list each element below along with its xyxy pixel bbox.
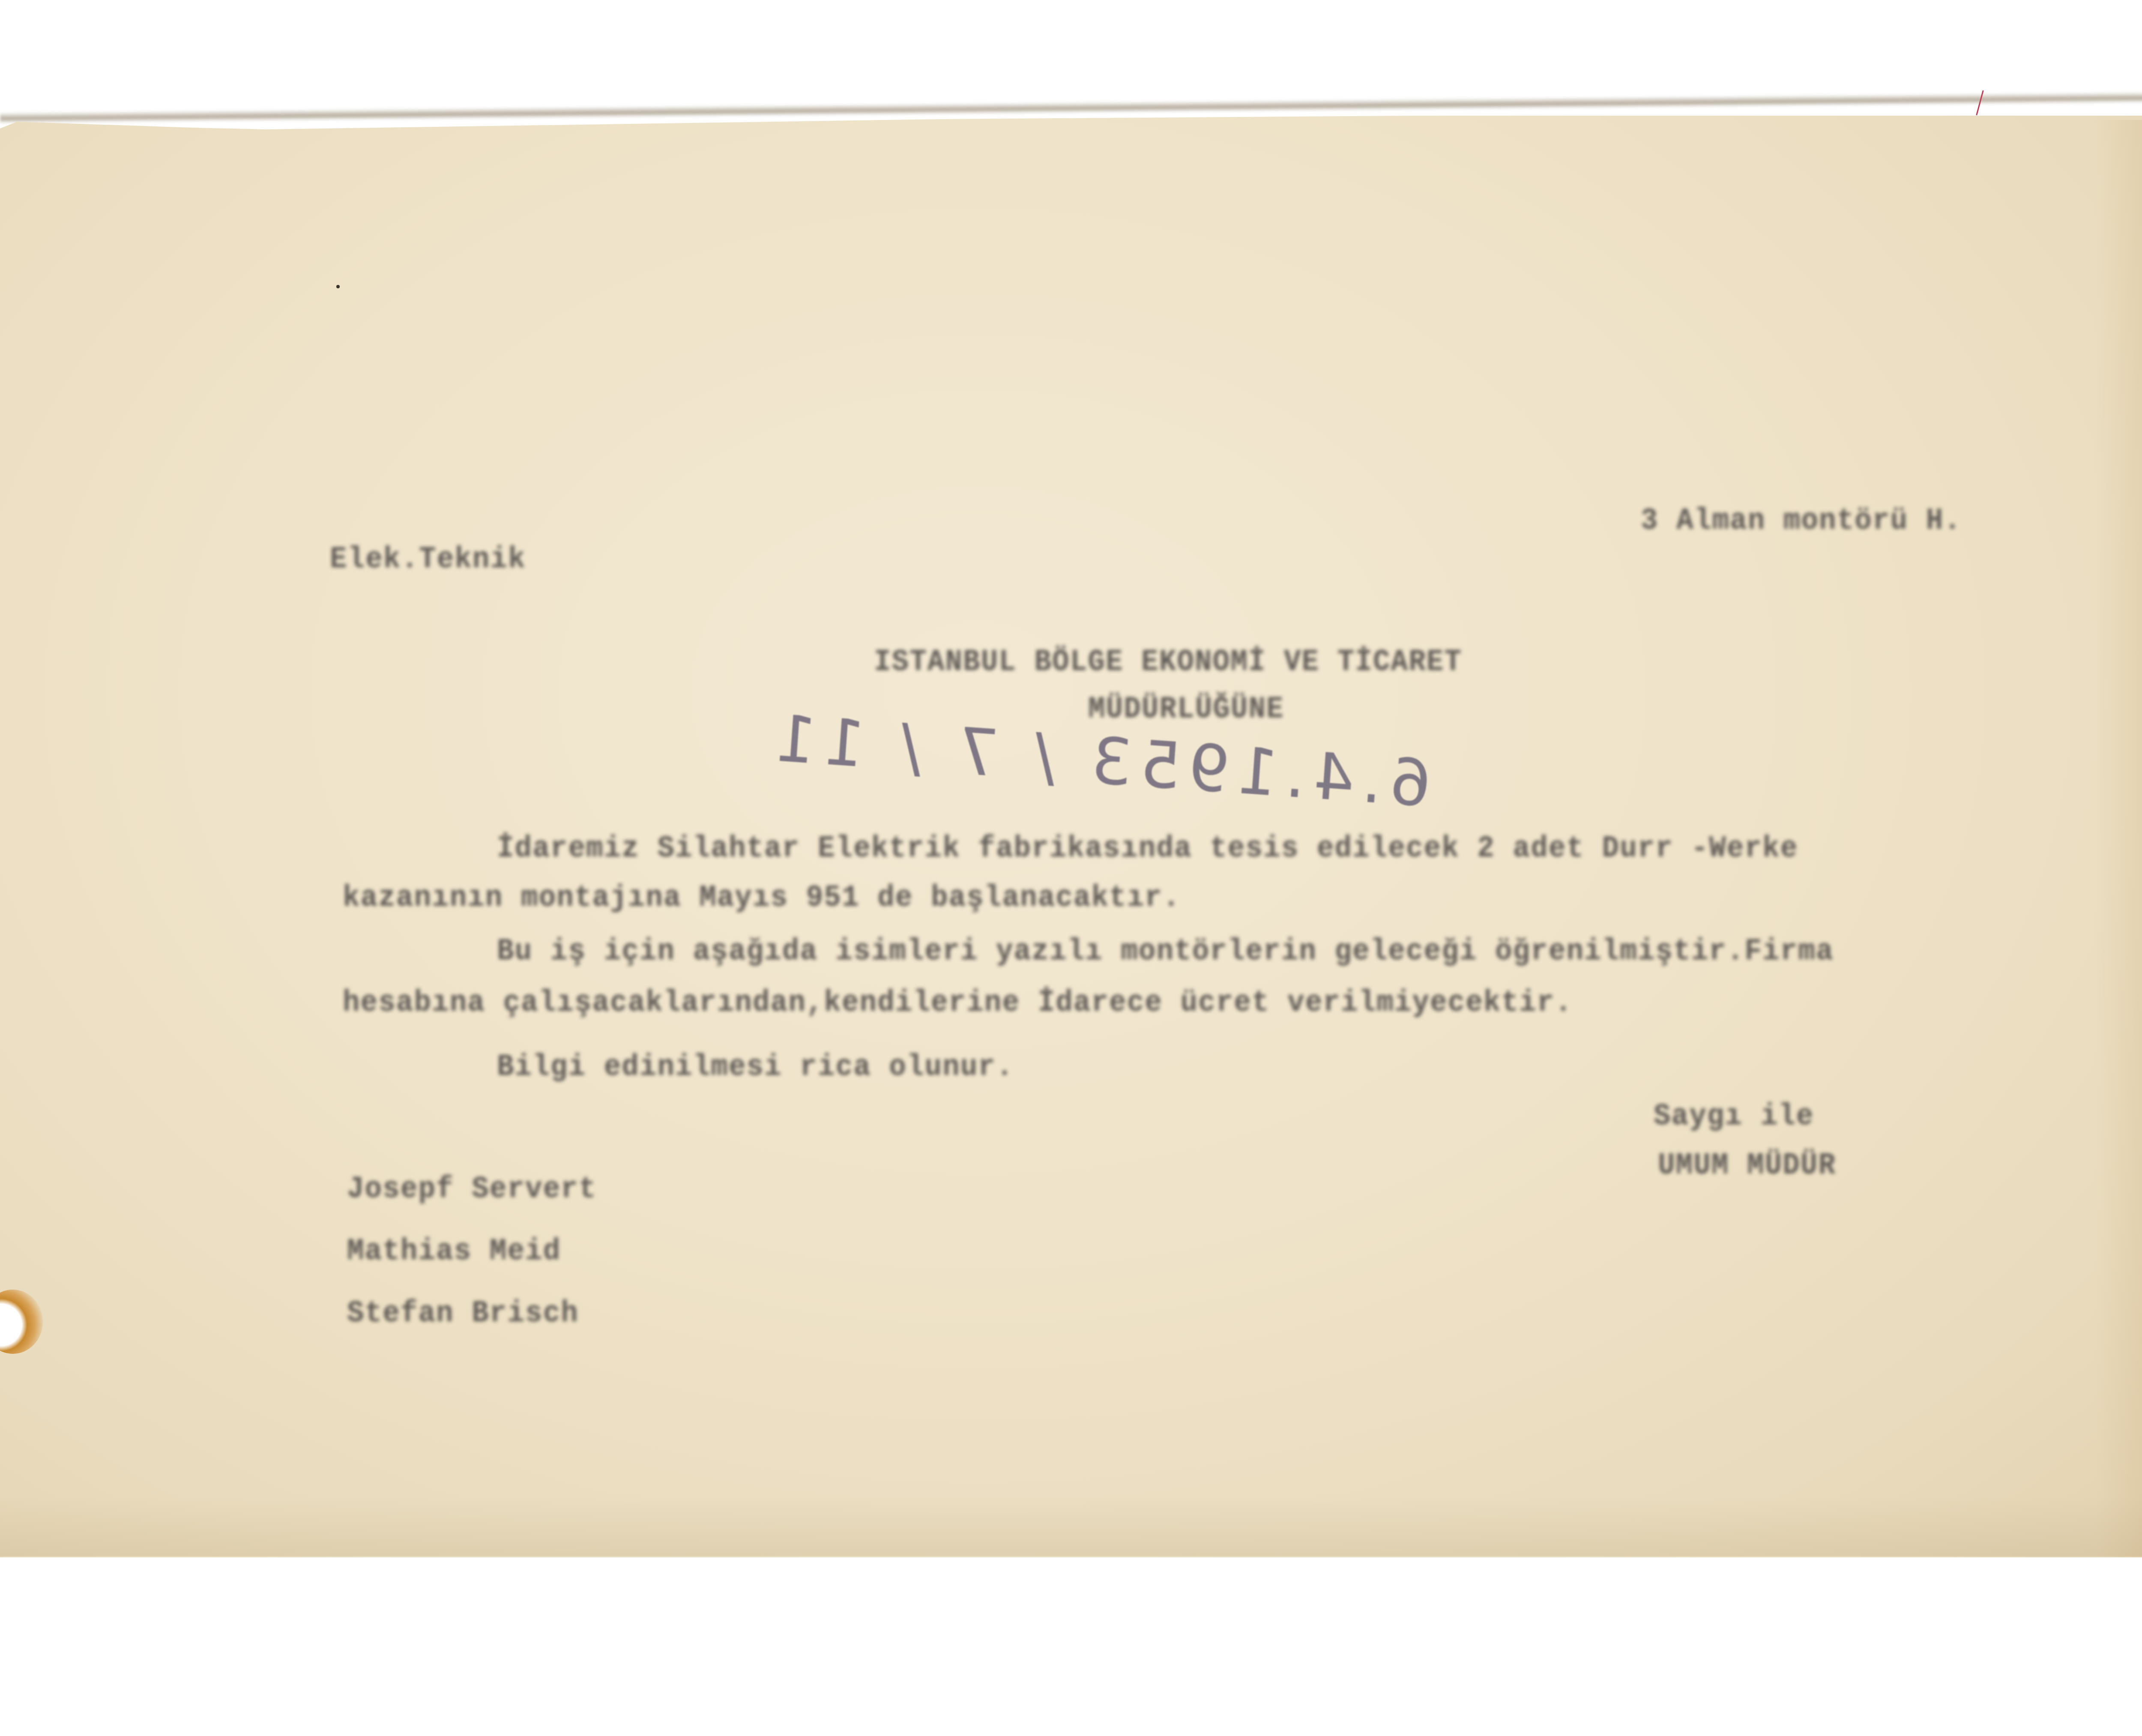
closing-signature-title: UMUM MÜDÜR <box>1658 1148 1836 1183</box>
body-line-4: hesabına çalışacaklarından,kendilerine İ… <box>343 985 1573 1020</box>
paper-right-edge-shade <box>2096 120 2142 1557</box>
name-list-item-2: Mathias Meid <box>347 1234 561 1269</box>
body-line-5: Bilgi edinilmesi rica olunur. <box>497 1050 1014 1084</box>
name-list-item-1: Josepf Servert <box>347 1172 597 1206</box>
name-list-item-3: Stefan Brisch <box>347 1296 579 1331</box>
addressee-line-1: ISTANBUL BÖLGE EKONOMİ VE TİCARET <box>874 645 1462 679</box>
addressee-line-2: MÜDÜRLÜĞÜNE <box>1088 692 1284 727</box>
closing-line-1: Saygı ile <box>1654 1099 1814 1134</box>
ink-speck <box>336 285 340 288</box>
body-line-1: İdaremiz Silahtar Elektrik fabrikasında … <box>497 831 1798 866</box>
body-line-3: Bu iş için aşağıda isimleri yazılı montö… <box>497 934 1834 969</box>
top-right-note: 3 Alman montörü H. <box>1641 503 1962 538</box>
department-label: Elek.Teknik <box>330 542 526 577</box>
body-line-2: kazanının montajına Mayıs 951 de başlana… <box>343 880 1181 915</box>
paper-bottom-shade <box>0 1496 2142 1556</box>
